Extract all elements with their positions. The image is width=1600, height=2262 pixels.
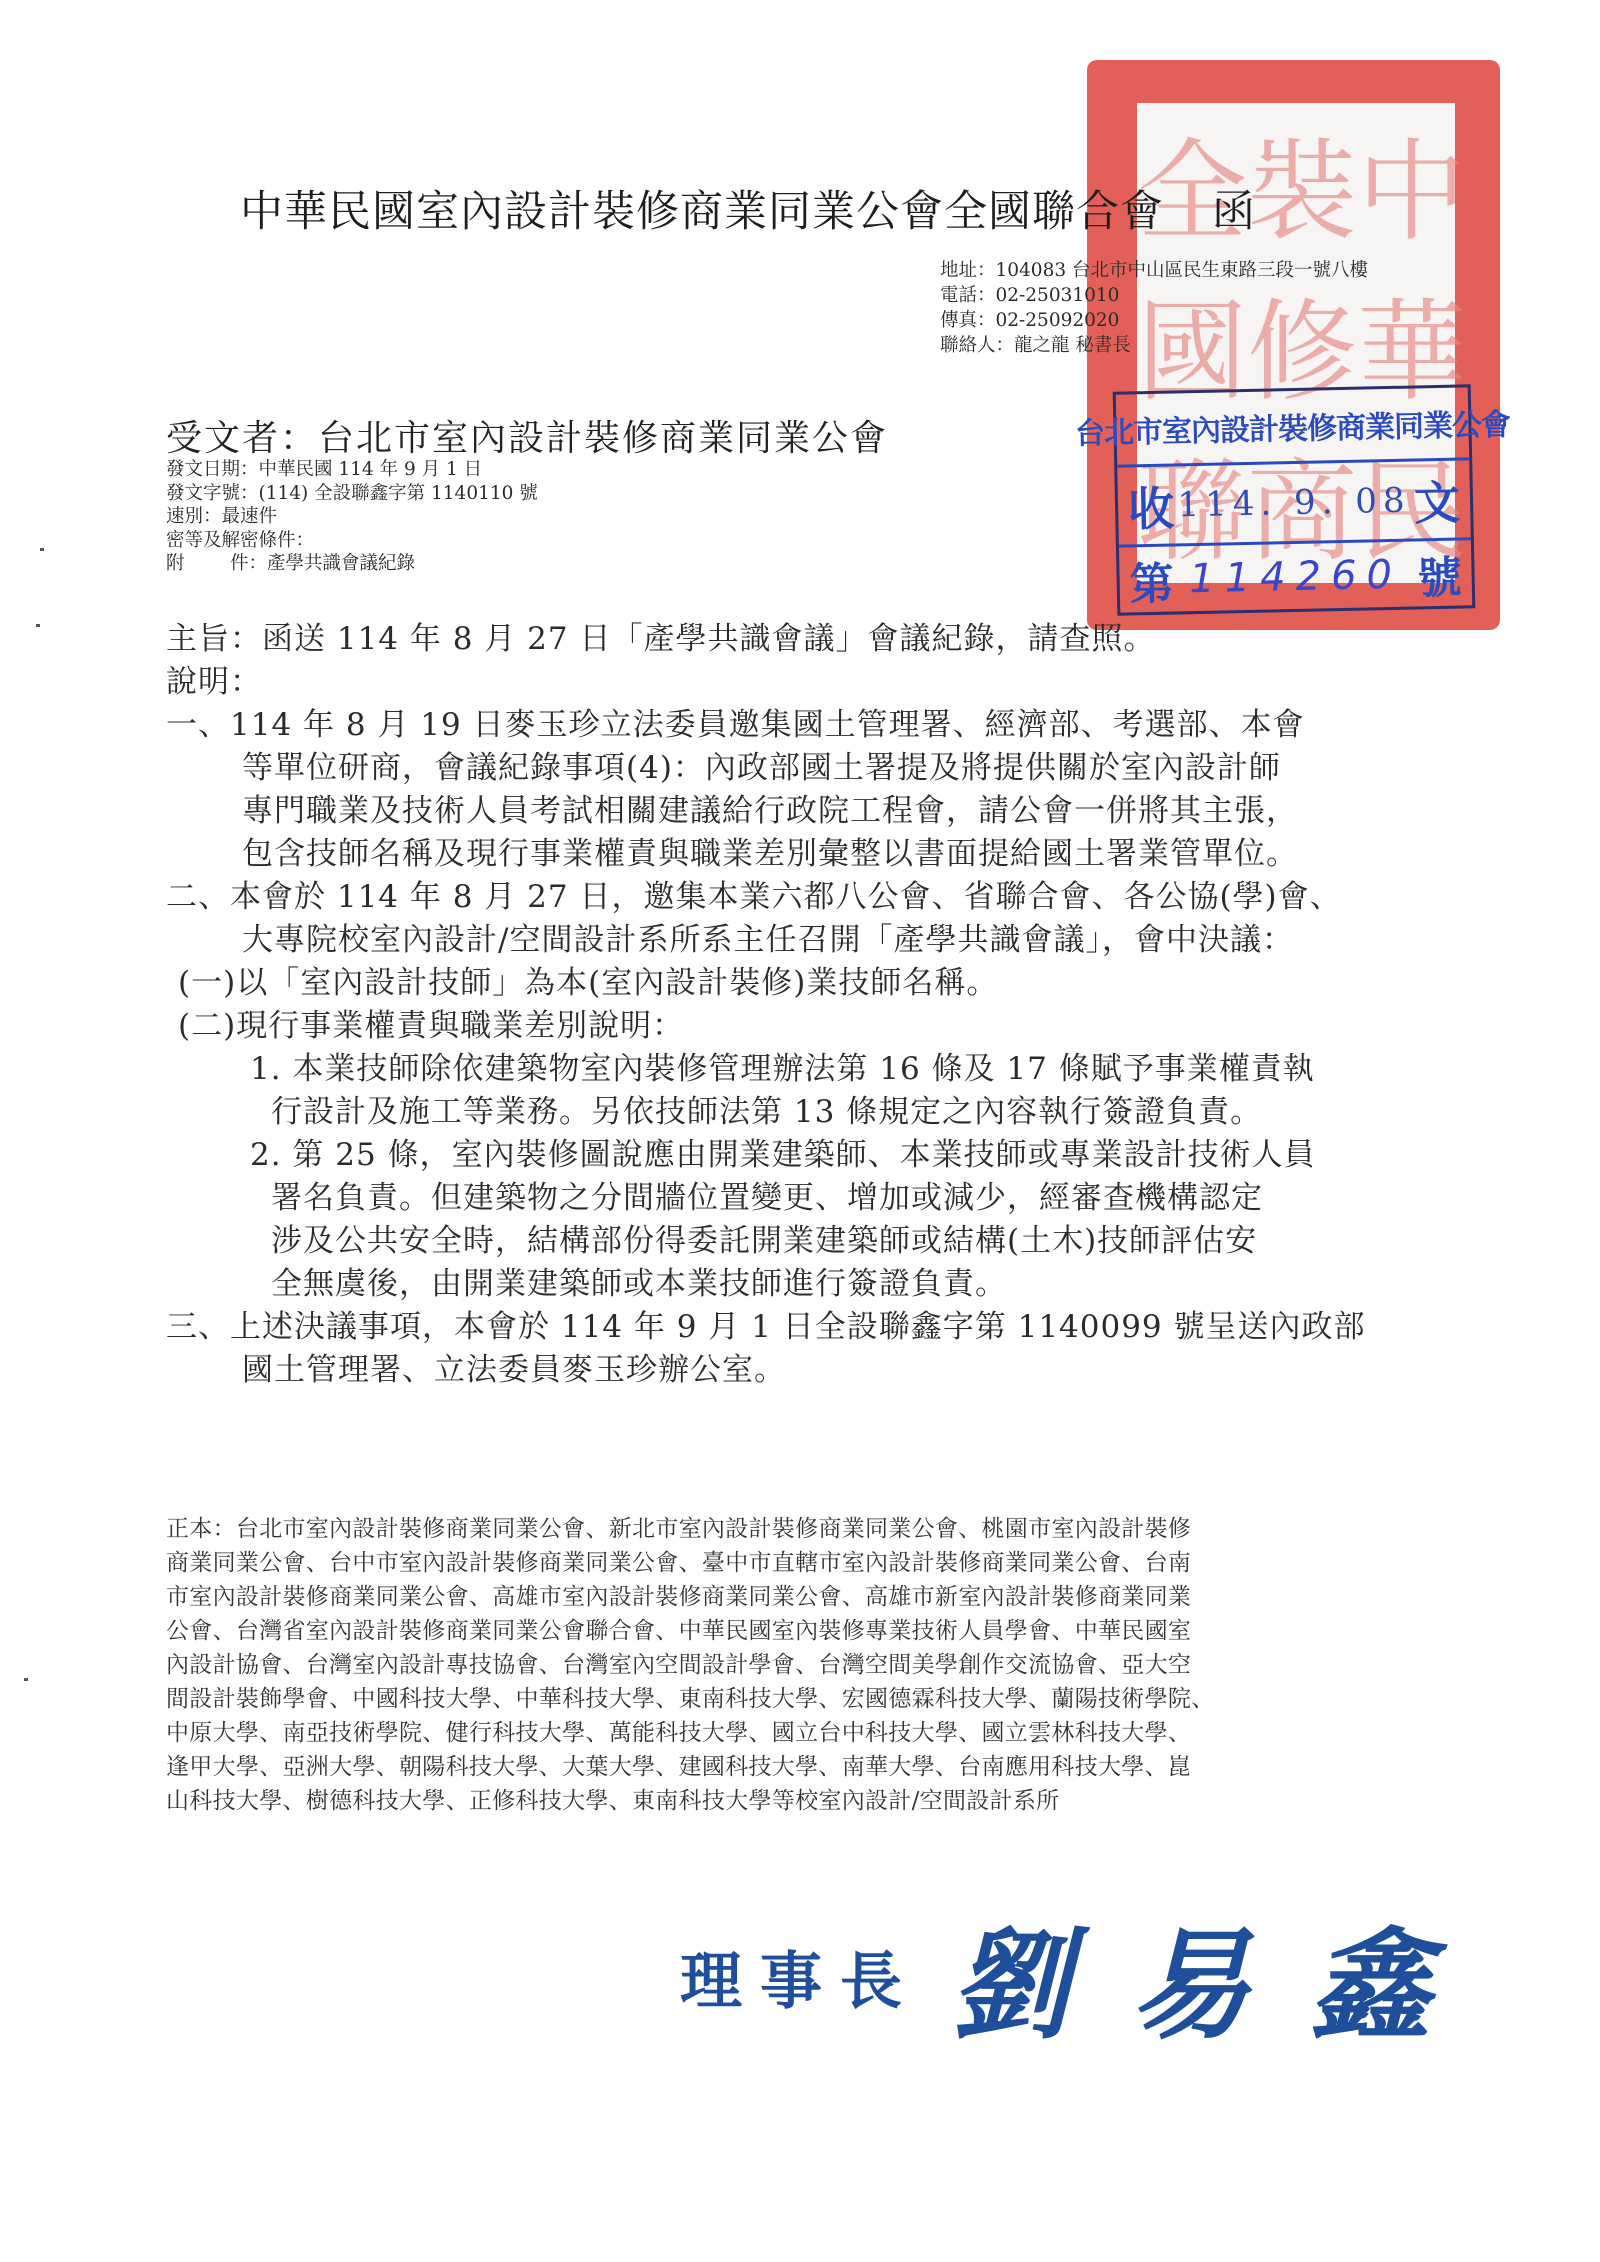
cc-line: 市室內設計裝修商業同業公會、高雄市室內設計裝修商業同業公會、高雄市新室內設計裝修… [166,1580,1486,1614]
signature-name: 劉易鑫 [950,1915,1490,2056]
body-line: 署名負責。但建築物之分間牆位置變更、增加或減少，經審查機構認定 [166,1177,1486,1220]
cc-line: 商業同業公會、台中市室內設計裝修商業同業公會、臺中市直轄市室內設計裝修商業同業公… [166,1546,1486,1580]
attachment: 附件：產學共識會議紀錄 [166,552,538,576]
seal-glyph: 裝 [1247,103,1357,263]
attachment-label: 附 [166,552,230,576]
issue-date: 發文日期：中華民國 114 年 9 月 1 日 [166,458,538,482]
organization-name: 中華民國室內設計裝修商業同業公會全國聯合會 [240,187,1164,237]
cc-line: 間設計裝飾學會、中國科技大學、中華科技大學、東南科技大學、宏國德霖科技大學、蘭陽… [166,1682,1486,1716]
receipt-stamp-date-row: 收 114. 9. 08 文 [1117,460,1471,547]
receive-label: 收 [1127,472,1174,539]
body-line: 三、上述決議事項，本會於 114 年 9 月 1 日全設聯鑫字第 1140099… [166,1306,1486,1349]
receive-date: 114. 9. 08 [1177,480,1411,525]
contact-block: 地址：104083 台北市中山區民生東路三段一號八樓 電話：02-2503101… [940,258,1368,358]
body-line: 1. 本業技師除依建築物室內裝修管理辦法第 16 條及 17 條賦予事業權責執 [166,1048,1486,1091]
body-line: 全無虞後，由開業建築師或本業技師進行簽證負責。 [166,1263,1486,1306]
cc-list: 正本：台北市室內設計裝修商業同業公會、新北市室內設計裝修商業同業公會、桃園市室內… [166,1512,1486,1818]
cc-line: 中原大學、南亞技術學院、健行科技大學、萬能科技大學、國立台中科技大學、國立雲林科… [166,1716,1486,1750]
body-line: 一、114 年 8 月 19 日麥玉珍立法委員邀集國土管理署、經濟部、考選部、本… [166,704,1486,747]
urgency: 速別：最速件 [166,505,538,529]
explanation-items: 一、114 年 8 月 19 日麥玉珍立法委員邀集國土管理署、經濟部、考選部、本… [166,704,1486,1392]
receipt-stamp-number-row: 第 114260 號 [1119,543,1472,610]
cc-line: 內設計協會、台灣室內設計專技協會、台灣室內空間設計學會、台灣空間美學創作交流協會… [166,1648,1486,1682]
letter-body: 主旨：函送 114 年 8 月 27 日「產學共識會議」會議紀錄，請查照。 說明… [166,618,1486,1392]
body-line: 2. 第 25 條，室內裝修圖說應由開業建築師、本業技師或專業設計技術人員 [166,1134,1486,1177]
cc-line: 正本：台北市室內設計裝修商業同業公會、新北市室內設計裝修商業同業公會、桃園市室內… [166,1512,1486,1546]
signature: 理事長劉易鑫 [680,1890,1490,2062]
phone: 電話：02-25031010 [940,283,1368,308]
letterhead-title: 中華民國室內設計裝修商業同業公會全國聯合會函 [240,178,1256,239]
fax: 傳真：02-25092020 [940,308,1368,333]
contact-person: 聯絡人：龍之龍 秘書長 [940,333,1368,358]
cc-line: 公會、台灣省室內設計裝修商業同業公會聯合會、中華民國室內裝修專業技術人員學會、中… [166,1614,1486,1648]
body-line: 大專院校室內設計/空間設計系所系主任召開「產學共識會議」，會中決議： [166,919,1486,962]
subject: 主旨：函送 114 年 8 月 27 日「產學共識會議」會議紀錄，請查照。 [166,618,1486,661]
address: 地址：104083 台北市中山區民生東路三段一號八樓 [940,258,1368,283]
attachment-value: 件：產學共識會議紀錄 [230,553,415,574]
number-suffix: 號 [1417,542,1462,607]
document-type: 函 [1212,187,1256,237]
signature-role: 理事長 [680,1945,920,2018]
cc-line: 逢甲大學、亞洲大學、朝陽科技大學、大葉大學、建國科技大學、南華大學、台南應用科技… [166,1750,1486,1784]
body-line: (二)現行事業權責與職業差別說明： [166,1005,1486,1048]
body-line: (一)以「室內設計技師」為本(室內設計裝修)業技師名稱。 [166,962,1486,1005]
body-line: 專門職業及技術人員考試相關建議給行政院工程會，請公會一併將其主張， [166,790,1486,833]
document-meta: 發文日期：中華民國 114 年 9 月 1 日 發文字號：(114) 全設聯鑫字… [166,458,538,576]
handwritten-number: 114260 [1189,552,1403,602]
body-line: 包含技師名稱及現行事業權責與職業差別彙整以書面提給國土署業管單位。 [166,833,1486,876]
scan-artifact [36,624,40,627]
receipt-stamp-org: 台北市室內設計裝修商業同業公會 [1116,387,1469,467]
recipient: 受文者：台北市室內設計裝修商業同業公會 [166,410,888,461]
body-line: 涉及公共安全時，結構部份得委託開業建築師或結構(土木)技師評估安 [166,1220,1486,1263]
classification: 密等及解密條件： [166,529,538,553]
body-line: 行設計及施工等業務。另依技師法第 13 條規定之內容執行簽證負責。 [166,1091,1486,1134]
cc-line: 山科技大學、樹德科技大學、正修科技大學、東南科技大學等校室內設計/空間設計系所 [166,1784,1486,1818]
doc-label: 文 [1413,466,1460,533]
seal-glyph: 中 [1357,103,1467,263]
scan-artifact [24,1678,28,1681]
body-line: 等單位研商，會議紀錄事項(4)：內政部國土署提及將提供關於室內設計師 [166,747,1486,790]
body-line: 二、本會於 114 年 8 月 27 日，邀集本業六都八公會、省聯合會、各公協(… [166,876,1486,919]
receipt-stamp: 台北市室內設計裝修商業同業公會 收 114. 9. 08 文 第 114260 … [1113,384,1476,615]
scan-artifact [40,548,44,551]
body-line: 國土管理署、立法委員麥玉珍辦公室。 [166,1349,1486,1392]
document-number: 發文字號：(114) 全設聯鑫字第 1140110 號 [166,482,538,506]
explanation-label: 說明： [166,661,1486,704]
number-prefix: 第 [1129,548,1174,613]
